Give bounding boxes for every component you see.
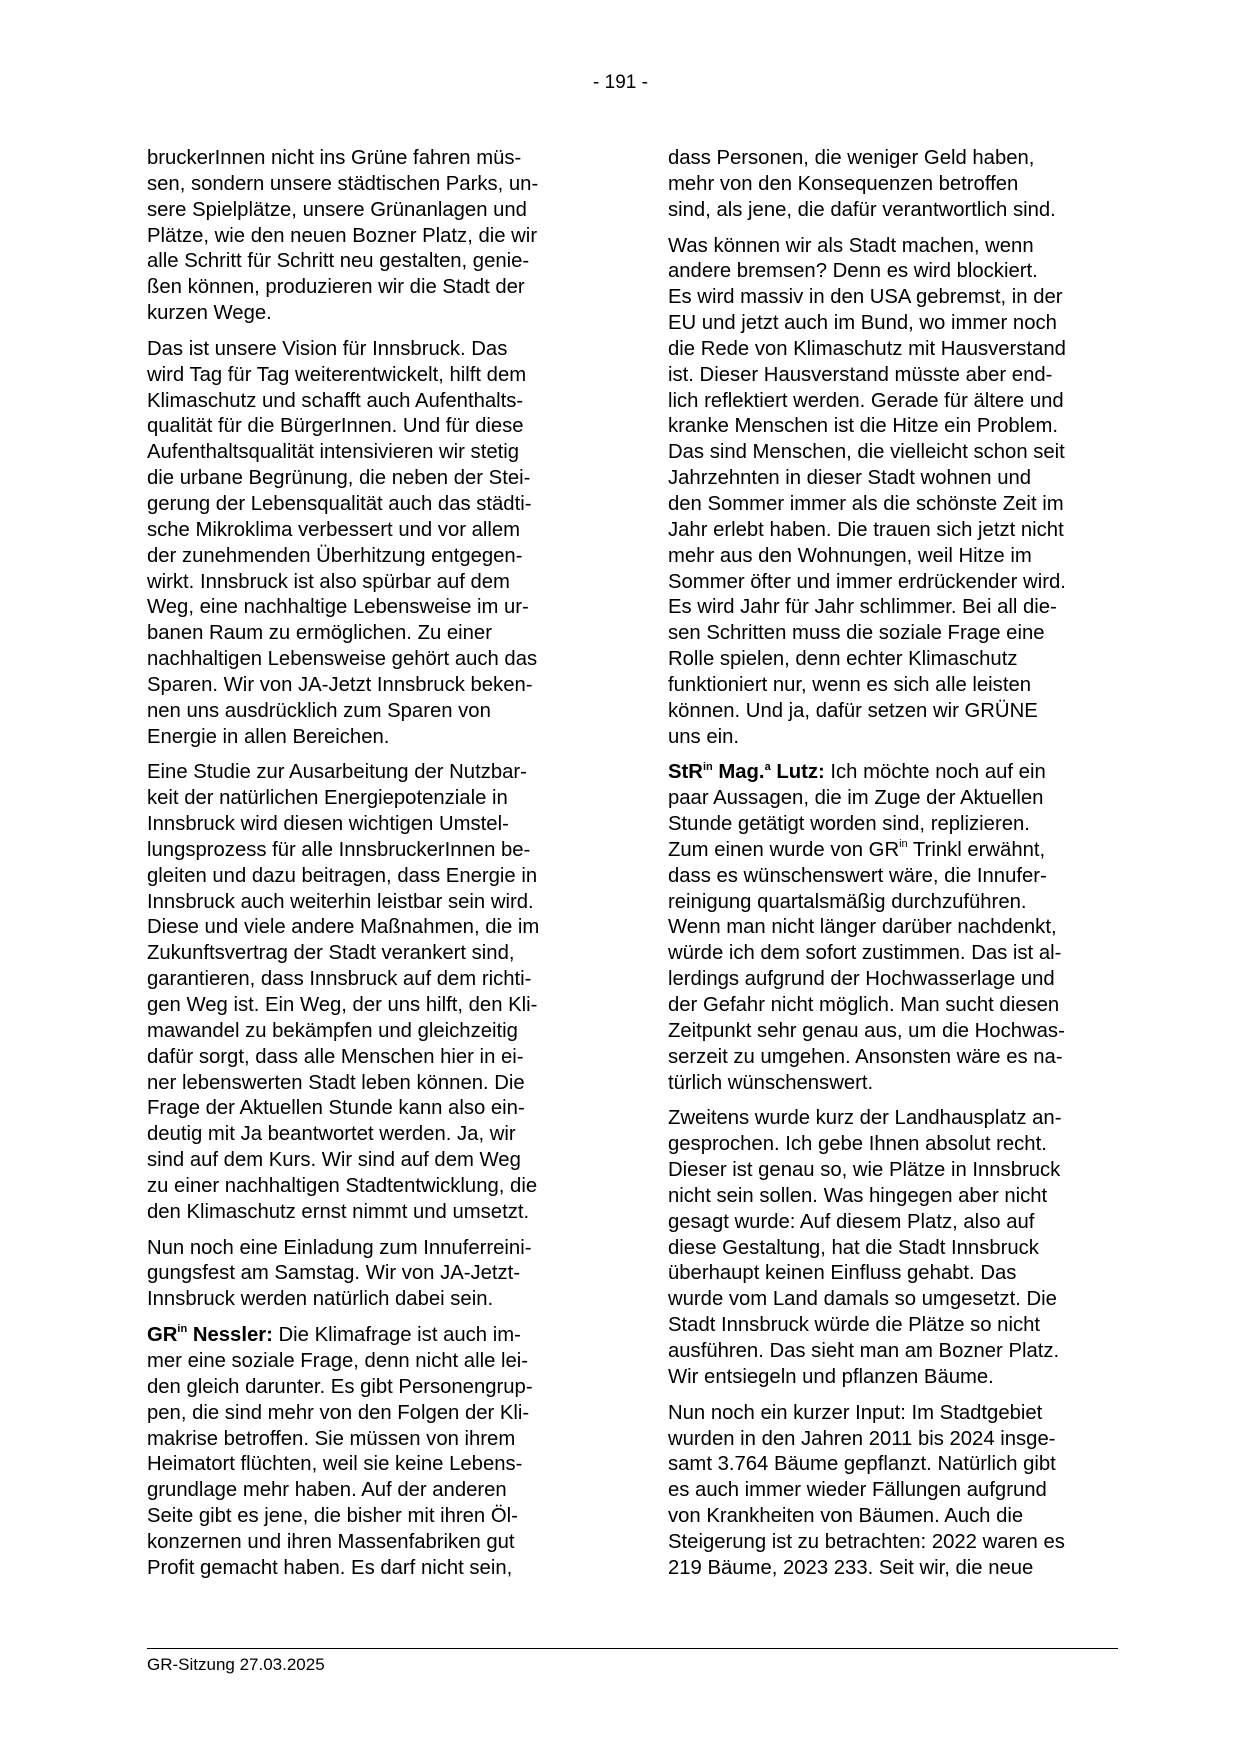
speaker-label: GRin Nessler:	[147, 1324, 273, 1346]
text-line: der Gefahr nicht möglich. Man sucht dies…	[668, 993, 1128, 1019]
text-line: sen, sondern unsere städtischen Parks, u…	[147, 172, 607, 198]
text-line: ßen können, produzieren wir die Stadt de…	[147, 275, 607, 301]
left-column: bruckerInnen nicht ins Grüne fahren müs-…	[147, 146, 607, 1592]
text-line: gen Weg ist. Ein Weg, der uns hilft, den…	[147, 993, 607, 1019]
text-line: wurden in den Jahren 2011 bis 2024 insge…	[668, 1427, 1128, 1453]
speaker-label: StRin Mag.a Lutz:	[668, 761, 825, 783]
text-line: uns ein.	[668, 725, 1128, 751]
text-line: mer eine soziale Frage, denn nicht alle …	[147, 1349, 607, 1375]
text-line: gleiten und dazu beitragen, dass Energie…	[147, 864, 607, 890]
paragraph: Das ist unsere Vision für Innsbruck. Das…	[147, 337, 607, 751]
text-line: Profit gemacht haben. Es darf nicht sein…	[147, 1556, 607, 1582]
text-line: Es wird massiv in den USA gebremst, in d…	[668, 285, 1128, 311]
text-line: makrise betroffen. Sie müssen von ihrem	[147, 1427, 607, 1453]
text-line: Steigerung ist zu betrachten: 2022 waren…	[668, 1530, 1128, 1556]
text-line: dafür sorgt, dass alle Menschen hier in …	[147, 1045, 607, 1071]
text-line: ist. Dieser Hausverstand müsste aber end…	[668, 363, 1128, 389]
text-line: Weg, eine nachhaltige Lebensweise im ur-	[147, 595, 607, 621]
right-column: dass Personen, die weniger Geld haben, m…	[668, 146, 1128, 1592]
text-line: keit der natürlichen Energiepotenziale i…	[147, 786, 607, 812]
text-line: Eine Studie zur Ausarbeitung der Nutzbar…	[147, 760, 607, 786]
text-line: ner lebenswerten Stadt leben können. Die	[147, 1071, 607, 1097]
text-line: Plätze, wie den neuen Bozner Platz, die …	[147, 224, 607, 250]
text-line: Energie in allen Bereichen.	[147, 725, 607, 751]
text-line: können. Und ja, dafür setzen wir GRÜNE	[668, 699, 1128, 725]
text-line: Innsbruck auch weiterhin leistbar sein w…	[147, 890, 607, 916]
text-line: Diese und viele andere Maßnahmen, die im	[147, 915, 607, 941]
text-line: kurzen Wege.	[147, 301, 607, 327]
text-line: Zeitpunkt sehr genau aus, um die Hochwas…	[668, 1019, 1128, 1045]
text-line: Stunde getätigt worden sind, replizieren…	[668, 812, 1128, 838]
paragraph: Was können wir als Stadt machen, wenn an…	[668, 234, 1128, 751]
text-line: überhaupt keinen Einfluss gehabt. Das	[668, 1261, 1128, 1287]
speaker-paragraph-lutz: StRin Mag.a Lutz: Ich möchte noch auf ei…	[668, 760, 1128, 1096]
text-line: sche Mikroklima verbessert und vor allem	[147, 518, 607, 544]
text-line: die Rede von Klimaschutz mit Hausverstan…	[668, 337, 1128, 363]
text-line: andere bremsen? Denn es wird blockiert.	[668, 259, 1128, 285]
text-line: wird Tag für Tag weiterentwickelt, hilft…	[147, 363, 607, 389]
text-line: 219 Bäume, 2023 233. Seit wir, die neue	[668, 1556, 1128, 1582]
text-line: gerung der Lebensqualität auch das städt…	[147, 492, 607, 518]
footer-divider	[147, 1648, 1118, 1649]
text-line: Klimaschutz und schafft auch Aufenthalts…	[147, 389, 607, 415]
text-line: funktioniert nur, wenn es sich alle leis…	[668, 673, 1128, 699]
paragraph: Nun noch eine Einladung zum Innuferreini…	[147, 1236, 607, 1314]
page-number: - 191 -	[0, 72, 1241, 94]
text-line: qualität für die BürgerInnen. Und für di…	[147, 414, 607, 440]
text-line: Seite gibt es jene, die bisher mit ihren…	[147, 1504, 607, 1530]
text-line: Dieser ist genau so, wie Plätze in Innsb…	[668, 1158, 1128, 1184]
text-line: es auch immer wieder Fällungen aufgrund	[668, 1478, 1128, 1504]
text-line: alle Schritt für Schritt neu gestalten, …	[147, 249, 607, 275]
text-line: GRin Nessler: Die Klimafrage ist auch im…	[147, 1323, 607, 1349]
text-line: sere Spielplätze, unsere Grünanlagen und	[147, 198, 607, 224]
text-line: gesprochen. Ich gebe Ihnen absolut recht…	[668, 1132, 1128, 1158]
text-line: lerdings aufgrund der Hochwasserlage und	[668, 967, 1128, 993]
text-line: Zum einen wurde von GRin Trinkl erwähnt,	[668, 838, 1128, 864]
text-line: Sommer öfter und immer erdrückender wird…	[668, 570, 1128, 596]
text-line: von Krankheiten von Bäumen. Auch die	[668, 1504, 1128, 1530]
text-line: diese Gestaltung, hat die Stadt Innsbruc…	[668, 1236, 1128, 1262]
text-line: dass es wünschenswert wäre, die Innufer-	[668, 864, 1128, 890]
paragraph: Eine Studie zur Ausarbeitung der Nutzbar…	[147, 760, 607, 1225]
paragraph: Nun noch ein kurzer Input: Im Stadtgebie…	[668, 1401, 1128, 1582]
text-line: nachhaltigen Lebensweise gehört auch das	[147, 647, 607, 673]
text-line: würde ich dem sofort zustimmen. Das ist …	[668, 941, 1128, 967]
text-line: der zunehmenden Überhitzung entgegen-	[147, 544, 607, 570]
text-line: die urbane Begrünung, die neben der Stei…	[147, 466, 607, 492]
text-line: Zukunftsvertrag der Stadt verankert sind…	[147, 941, 607, 967]
text-line: dass Personen, die weniger Geld haben,	[668, 146, 1128, 172]
text-line: nicht sein sollen. Was hingegen aber nic…	[668, 1184, 1128, 1210]
text-line: deutig mit Ja beantwortet werden. Ja, wi…	[147, 1122, 607, 1148]
text-line: Es wird Jahr für Jahr schlimmer. Bei all…	[668, 595, 1128, 621]
text-line: konzernen und ihren Massenfabriken gut	[147, 1530, 607, 1556]
text-line: mehr von den Konsequenzen betroffen	[668, 172, 1128, 198]
text-line: Jahrzehnten in dieser Stadt wohnen und	[668, 466, 1128, 492]
text-line: kranke Menschen ist die Hitze ein Proble…	[668, 414, 1128, 440]
text-line: Was können wir als Stadt machen, wenn	[668, 234, 1128, 260]
text-line: mehr aus den Wohnungen, weil Hitze im	[668, 544, 1128, 570]
text-line: wurde vom Land damals so umgesetzt. Die	[668, 1287, 1128, 1313]
text-line: sind auf dem Kurs. Wir sind auf dem Weg	[147, 1148, 607, 1174]
text-line: Innsbruck werden natürlich dabei sein.	[147, 1287, 607, 1313]
text-line: pen, die sind mehr von den Folgen der Kl…	[147, 1401, 607, 1427]
text-line: sen Schritten muss die soziale Frage ein…	[668, 621, 1128, 647]
text-line: nen uns ausdrücklich zum Sparen von	[147, 699, 607, 725]
text-line: Nun noch eine Einladung zum Innuferreini…	[147, 1236, 607, 1262]
text-line: Nun noch ein kurzer Input: Im Stadtgebie…	[668, 1401, 1128, 1427]
paragraph: Zweitens wurde kurz der Landhausplatz an…	[668, 1106, 1128, 1390]
text-line: reinigung quartalsmäßig durchzuführen.	[668, 890, 1128, 916]
text-line: ausführen. Das sieht man am Bozner Platz…	[668, 1339, 1128, 1365]
text-line: Rolle spielen, denn echter Klimaschutz	[668, 647, 1128, 673]
text-line: gungsfest am Samstag. Wir von JA-Jetzt-	[147, 1261, 607, 1287]
text-line: lich reflektiert werden. Gerade für älte…	[668, 389, 1128, 415]
text-line: Aufenthaltsqualität intensivieren wir st…	[147, 440, 607, 466]
paragraph: dass Personen, die weniger Geld haben, m…	[668, 146, 1128, 224]
text-line: zu einer nachhaltigen Stadtentwicklung, …	[147, 1174, 607, 1200]
text-line: paar Aussagen, die im Zuge der Aktuellen	[668, 786, 1128, 812]
paragraph: bruckerInnen nicht ins Grüne fahren müs-…	[147, 146, 607, 327]
text-line: Heimatort flüchten, weil sie keine Leben…	[147, 1452, 607, 1478]
footer-session-date: GR-Sitzung 27.03.2025	[147, 1655, 325, 1675]
text-line: Wenn man nicht länger darüber nachdenkt,	[668, 915, 1128, 941]
text-line: EU und jetzt auch im Bund, wo immer noch	[668, 311, 1128, 337]
text-line: Das sind Menschen, die vielleicht schon …	[668, 440, 1128, 466]
text-line: mawandel zu bekämpfen und gleichzeitig	[147, 1019, 607, 1045]
text-line: den gleich darunter. Es gibt Personengru…	[147, 1375, 607, 1401]
text-line: Stadt Innsbruck würde die Plätze so nich…	[668, 1313, 1128, 1339]
text-line: samt 3.764 Bäume gepflanzt. Natürlich gi…	[668, 1452, 1128, 1478]
text-line: garantieren, dass Innsbruck auf dem rich…	[147, 967, 607, 993]
text-line: serzeit zu umgehen. Ansonsten wäre es na…	[668, 1045, 1128, 1071]
text-line: banen Raum zu ermöglichen. Zu einer	[147, 621, 607, 647]
text-line: sind, als jene, die dafür verantwortlich…	[668, 198, 1128, 224]
text-line: den Klimaschutz ernst nimmt und umsetzt.	[147, 1200, 607, 1226]
text-line: Das ist unsere Vision für Innsbruck. Das	[147, 337, 607, 363]
text-line: lungsprozess für alle InnsbruckerInnen b…	[147, 838, 607, 864]
text-line: den Sommer immer als die schönste Zeit i…	[668, 492, 1128, 518]
text-line: Wir entsiegeln und pflanzen Bäume.	[668, 1365, 1128, 1391]
text-line: StRin Mag.a Lutz: Ich möchte noch auf ei…	[668, 760, 1128, 786]
text-line: Jahr erlebt haben. Die trauen sich jetzt…	[668, 518, 1128, 544]
text-line: grundlage mehr haben. Auf der anderen	[147, 1478, 607, 1504]
text-line: wirkt. Innsbruck ist also spürbar auf de…	[147, 570, 607, 596]
text-line: türlich wünschenswert.	[668, 1071, 1128, 1097]
text-line: gesagt wurde: Auf diesem Platz, also auf	[668, 1210, 1128, 1236]
text-line: bruckerInnen nicht ins Grüne fahren müs-	[147, 146, 607, 172]
text-line: Frage der Aktuellen Stunde kann also ein…	[147, 1096, 607, 1122]
speaker-paragraph-nessler: GRin Nessler: Die Klimafrage ist auch im…	[147, 1323, 607, 1581]
text-line: Zweitens wurde kurz der Landhausplatz an…	[668, 1106, 1128, 1132]
text-line: Innsbruck wird diesen wichtigen Umstel-	[147, 812, 607, 838]
text-line: Sparen. Wir von JA-Jetzt Innsbruck beken…	[147, 673, 607, 699]
